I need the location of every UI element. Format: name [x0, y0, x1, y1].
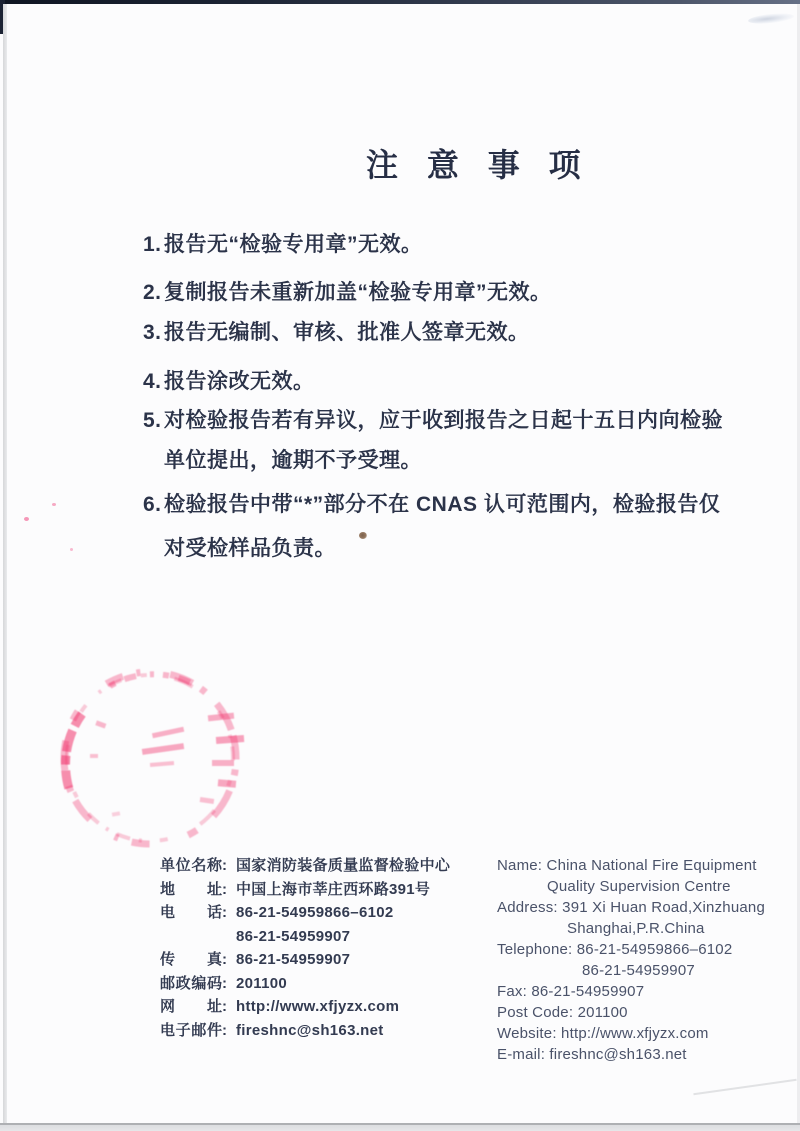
contact-value: 86-21-54959907	[236, 928, 350, 945]
contact-row-fax: 传真:86-21-54959907	[160, 948, 450, 972]
contact-en-address: Address: 391 Xi Huan Road,Xinzhuang	[497, 897, 765, 918]
notice-item-4: 4.报告涂改无效。	[143, 365, 315, 395]
notice-item-2: 2.复制报告未重新加盖“检验专用章”无效。	[143, 276, 552, 306]
contact-colon: :	[222, 1019, 230, 1043]
stamp-ink-speck	[70, 548, 73, 551]
item-text: 对检验报告若有异议，应于收到报告之日起十五日内向检验	[164, 409, 723, 432]
contact-en-fax: Fax: 86-21-54959907	[497, 981, 765, 1002]
contact-row-telephone-2: 86-21-54959907	[160, 925, 450, 949]
contact-info-chinese: 单位名称:国家消防装备质量监督检验中心 地址:中国上海市莘庄西环路391号 电话…	[160, 854, 450, 1042]
notice-item-6: 6.检验报告中带“*”部分不在 CNAS 认可范围内，检验报告仅	[143, 488, 720, 518]
contact-en-website: Website: http://www.xfjyzx.com	[497, 1023, 765, 1044]
item-number: 3.	[143, 321, 164, 345]
contact-label: 单位名称	[160, 854, 222, 878]
item-text: 检验报告中带“*”部分不在 CNAS 认可范围内，检验报告仅	[164, 493, 720, 516]
item-number: 4.	[143, 370, 164, 394]
contact-label: 邮政编码	[160, 972, 222, 996]
contact-value: http://www.xfjyzx.com	[236, 998, 399, 1015]
contact-colon: :	[222, 995, 230, 1019]
contact-en-address-2: Shanghai,P.R.China	[497, 918, 765, 939]
item-text: 对受检样品负责。	[164, 537, 336, 560]
item-text: 报告无“检验专用章”无效。	[164, 233, 423, 256]
notice-item-1: 1.报告无“检验专用章”无效。	[143, 228, 423, 258]
notice-item-5-continued: 单位提出，逾期不予受理。	[164, 444, 422, 474]
notice-item-3: 3.报告无编制、审核、批准人签章无效。	[143, 316, 530, 346]
contact-row-website: 网址:http://www.xfjyzx.com	[160, 995, 450, 1019]
stamp-ink-speck	[24, 517, 29, 521]
contact-label: 网址	[160, 995, 222, 1019]
scan-edge-left	[3, 4, 7, 1123]
contact-row-postcode: 邮政编码:201100	[160, 972, 450, 996]
contact-en-telephone-2: 86-21-54959907	[497, 960, 765, 981]
contact-value: fireshnc@sh163.net	[236, 1022, 384, 1039]
item-text: 单位提出，逾期不予受理。	[164, 449, 422, 472]
contact-en-telephone: Telephone: 86-21-54959866–6102	[497, 939, 765, 960]
contact-en-name: Name: China National Fire Equipment	[497, 855, 765, 876]
contact-label: 电话	[160, 901, 222, 925]
paper-crease	[693, 1079, 796, 1095]
contact-en-email: E-mail: fireshnc@sh163.net	[497, 1044, 765, 1065]
contact-label: 传真	[160, 948, 222, 972]
contact-row-unit-name: 单位名称:国家消防装备质量监督检验中心	[160, 854, 450, 878]
notice-item-5: 5.对检验报告若有异议，应于收到报告之日起十五日内向检验	[143, 404, 723, 434]
item-text: 报告无编制、审核、批准人签章无效。	[164, 321, 530, 344]
smudge-mark	[748, 12, 795, 26]
contact-en-name-2: Quality Supervision Centre	[497, 876, 765, 897]
scan-edge-top	[0, 0, 800, 4]
contact-value: 86-21-54959907	[236, 951, 350, 968]
contact-label: 电子邮件	[160, 1019, 222, 1043]
contact-row-address: 地址:中国上海市莘庄西环路391号	[160, 878, 450, 902]
item-text: 报告涂改无效。	[164, 370, 315, 393]
contact-value: 中国上海市莘庄西环路391号	[236, 881, 430, 898]
contact-colon: :	[222, 948, 230, 972]
contact-info-english: Name: China National Fire Equipment Qual…	[497, 855, 765, 1065]
contact-colon: :	[222, 854, 230, 878]
contact-en-postcode: Post Code: 201100	[497, 1002, 765, 1023]
item-number: 1.	[143, 233, 164, 257]
item-number: 5.	[143, 409, 164, 433]
scan-edge-bottom	[0, 1125, 800, 1131]
contact-row-email: 电子邮件:fireshnc@sh163.net	[160, 1019, 450, 1043]
page-title: 注 意 事 项	[366, 140, 591, 186]
contact-value: 201100	[236, 975, 287, 992]
notice-item-6-continued: 对受检样品负责。	[164, 532, 336, 562]
inspection-stamp	[50, 662, 250, 854]
contact-value: 86-21-54959866–6102	[236, 904, 394, 921]
contact-row-telephone: 电话:86-21-54959866–6102	[160, 901, 450, 925]
item-number: 2.	[143, 281, 164, 305]
contact-colon: :	[222, 972, 230, 996]
stamp-ink-speck	[52, 503, 56, 506]
contact-label: 地址	[160, 878, 222, 902]
contact-value: 国家消防装备质量监督检验中心	[236, 857, 450, 874]
ink-speck	[359, 532, 367, 539]
item-text: 复制报告未重新加盖“检验专用章”无效。	[164, 281, 552, 304]
contact-colon: :	[222, 901, 230, 925]
item-number: 6.	[143, 493, 164, 517]
contact-colon: :	[222, 878, 230, 902]
